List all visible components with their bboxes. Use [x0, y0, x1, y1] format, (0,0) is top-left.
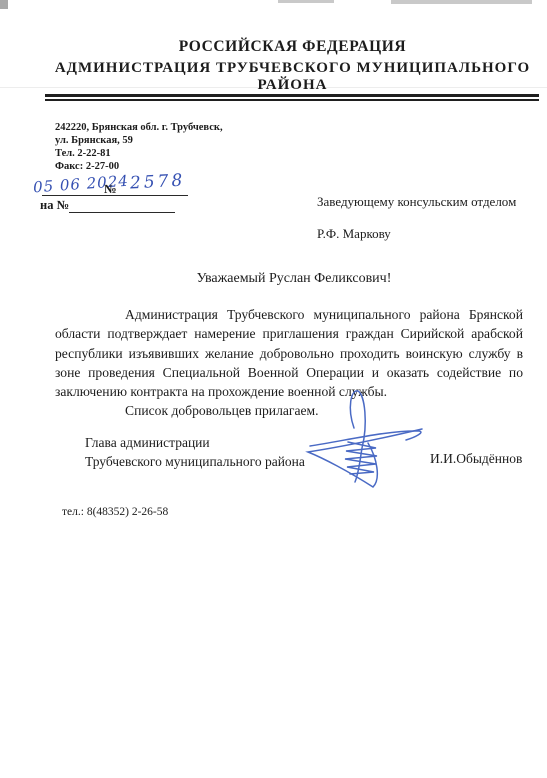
handwritten-outgoing-number: 2578	[130, 171, 186, 194]
signatory-name: И.И.Обыдённов	[430, 451, 522, 467]
recipient-position: Заведующему консульским отделом	[317, 194, 516, 210]
letter-body: Администрация Трубчевского муниципальног…	[55, 305, 523, 421]
address-phone: Тел. 2-22-81	[55, 147, 223, 160]
reply-number-label: на №	[40, 198, 69, 213]
signatory-title-line: Трубчевского муниципального района	[85, 453, 305, 472]
address-line: ул. Брянская, 59	[55, 134, 223, 147]
salutation: Уважаемый Руслан Феликсович!	[60, 271, 528, 287]
footer-contact: тел.: 8(48352) 2-26-58	[62, 506, 168, 518]
letterhead-divider	[45, 94, 539, 101]
address-block: 242220, Брянская обл. г. Трубчевск, ул. …	[55, 121, 223, 173]
letterhead: РОССИЙСКАЯ ФЕДЕРАЦИЯ АДМИНИСТРАЦИЯ ТРУБЧ…	[38, 38, 547, 94]
letterhead-organization: АДМИНИСТРАЦИЯ ТРУБЧЕВСКОГО МУНИЦИПАЛЬНОГ…	[38, 60, 547, 94]
scan-ghost-line	[0, 87, 547, 88]
scan-artifact	[391, 0, 532, 4]
scan-artifact	[0, 0, 8, 9]
letterhead-country: РОССИЙСКАЯ ФЕДЕРАЦИЯ	[38, 38, 547, 56]
date-number-underline	[42, 195, 188, 196]
address-fax: Факс: 2-27-00	[55, 160, 223, 173]
address-line: 242220, Брянская обл. г. Трубчевск,	[55, 121, 223, 134]
recipient-name: Р.Ф. Маркову	[317, 226, 391, 242]
signature-scribble-icon	[292, 384, 442, 504]
letter-page: РОССИЙСКАЯ ФЕДЕРАЦИЯ АДМИНИСТРАЦИЯ ТРУБЧ…	[0, 0, 547, 778]
reply-number-underline	[69, 212, 175, 213]
body-paragraph: Список добровольцев прилагаем.	[55, 401, 523, 420]
body-paragraph: Администрация Трубчевского муниципальног…	[55, 305, 523, 401]
signatory-title-line: Глава администрации	[85, 434, 305, 453]
signatory-title: Глава администрации Трубчевского муницип…	[85, 434, 305, 471]
scan-artifact	[278, 0, 334, 3]
